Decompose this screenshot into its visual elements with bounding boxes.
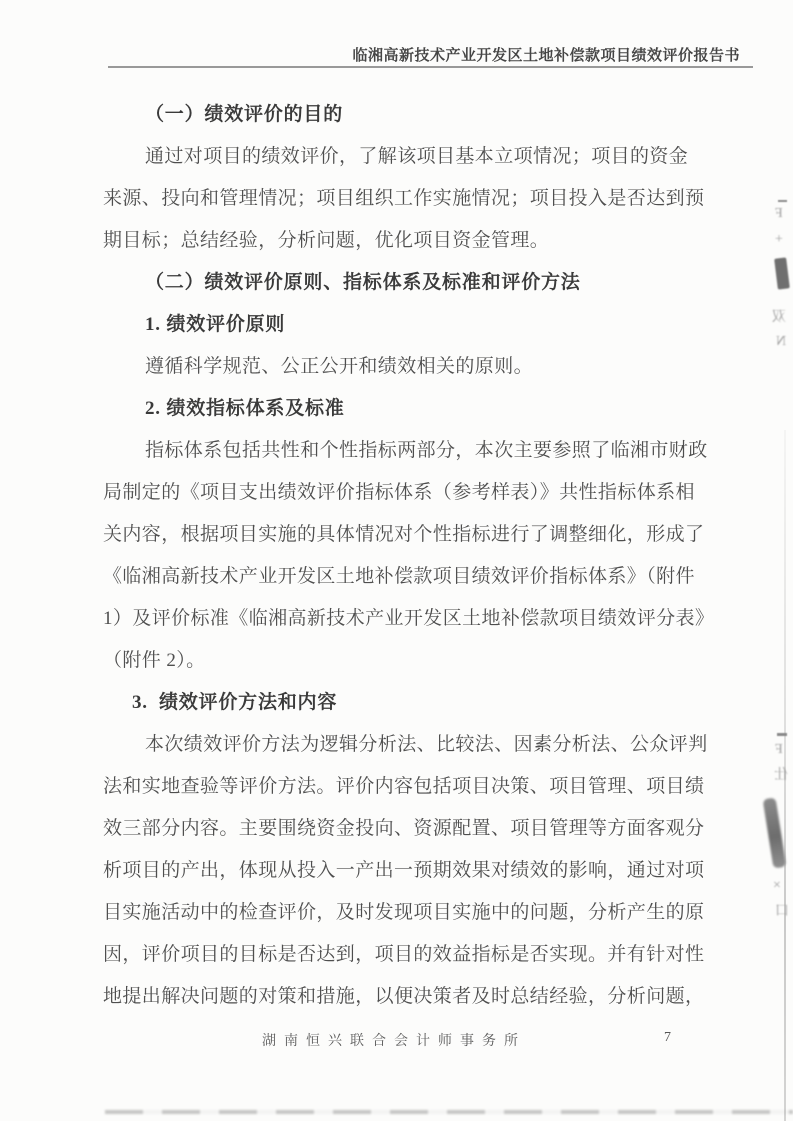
header-rule [108, 66, 753, 68]
subheading-1: 1. 绩效评价原则 [103, 304, 703, 346]
scan-artifact [774, 257, 790, 289]
body-line: 通过对项目的绩效评价，了解该项目基本立项情况；项目的资金 [103, 136, 703, 178]
scan-artifact: N [776, 334, 786, 350]
section-heading-1: （一）绩效评价的目的 [103, 94, 703, 136]
body-line: 法和实地查验等评价方法。评价内容包括项目决策、项目管理、项目绩 [103, 766, 703, 808]
page-bottom-edge [105, 1110, 793, 1114]
body-line: 指标体系包括共性和个性指标两部分，本次主要参照了临湘市财政 [103, 430, 703, 472]
body-line: 关内容，根据项目实施的具体情况对个性指标进行了调整细化，形成了 [103, 514, 703, 556]
scan-artifact: + [775, 232, 783, 248]
scanned-report-page: 临湘高新技术产业开发区土地补偿款项目绩效评价报告书 （一）绩效评价的目的 通过对… [0, 0, 793, 1121]
footer-page-number: 7 [664, 1030, 671, 1046]
subheading-3: 3. 绩效评价方法和内容 [103, 682, 703, 724]
scan-artifact: 双 [772, 306, 786, 326]
scan-artifact [778, 200, 787, 202]
scan-artifact: F [775, 206, 783, 222]
scan-artifact [763, 797, 787, 868]
body-line: 《临湘高新技术产业开发区土地补偿款项目绩效评价指标体系》（附件 [103, 556, 703, 598]
section-heading-2: （二）绩效评价原则、指标体系及标准和评价方法 [103, 262, 703, 304]
body-line: 因，评价项目的目标是否达到，项目的效益指标是否实现。并有针对性 [103, 934, 703, 976]
body-line: 目实施活动中的检查评价，及时发现项目实施中的问题，分析产生的原 [103, 892, 703, 934]
page-edge-line [784, 430, 786, 1121]
scan-artifact: × [773, 878, 781, 894]
body-line: 期目标；总结经验，分析问题，优化项目资金管理。 [103, 220, 703, 262]
body-line: 效三部分内容。主要围绕资金投向、资源配置、项目管理等方面客观分 [103, 808, 703, 850]
body-line: 地提出解决问题的对策和措施，以便决策者及时总结经验，分析问题， [103, 976, 703, 1018]
body-line: 本次绩效评价方法为逻辑分析法、比较法、因素分析法、公众评判 [103, 724, 703, 766]
body-line: （附件 2）。 [103, 640, 703, 682]
scan-artifact: 口 [775, 900, 789, 920]
body-line: 局制定的《项目支出绩效评价指标体系（参考样表）》共性指标体系相 [103, 472, 703, 514]
page-header-title: 临湘高新技术产业开发区土地补偿款项目绩效评价报告书 [0, 44, 740, 65]
document-body: （一）绩效评价的目的 通过对项目的绩效评价，了解该项目基本立项情况；项目的资金 … [103, 94, 703, 1018]
footer-firm-name: 湖南恒兴联合会计师事务所 [262, 1030, 526, 1050]
body-line: 来源、投向和管理情况；项目组织工作实施情况；项目投入是否达到预 [103, 178, 703, 220]
body-line: 析项目的产出，体现从投入一产出一预期效果对绩效的影响，通过对项 [103, 850, 703, 892]
body-line: 1）及评价标准《临湘高新技术产业开发区土地补偿款项目绩效评分表》 [103, 598, 703, 640]
body-line: 遵循科学规范、公正公开和绩效相关的原则。 [103, 346, 703, 388]
scan-artifact: F [775, 742, 783, 758]
subheading-2: 2. 绩效指标体系及标准 [103, 388, 703, 430]
